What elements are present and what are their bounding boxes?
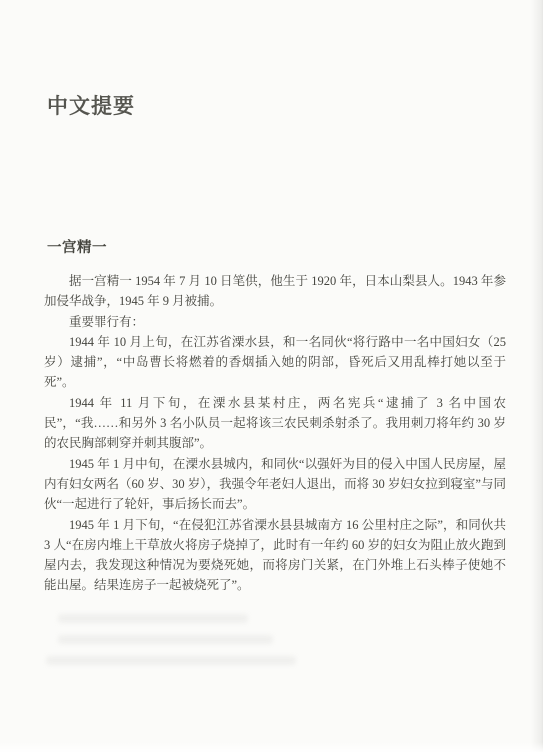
scan-edge-strip (0, 742, 543, 752)
abstract-body: 据一宫精一 1954 年 7 月 10 日笔供，他生于 1920 年，日本山梨县… (44, 271, 506, 596)
bleed-through-text-line (58, 614, 248, 623)
paragraph-crime-2: 1944 年 11 月下旬，在溧水县某村庄，两名宪兵“逮捕了 3 名中国农民”，… (44, 393, 506, 454)
bleed-through-text-line (46, 656, 296, 665)
paragraph-bio: 据一宫精一 1954 年 7 月 10 日笔供，他生于 1920 年，日本山梨县… (44, 271, 506, 312)
scan-edge-shadow (531, 0, 543, 752)
bleed-through-text-line (58, 635, 273, 644)
paragraph-crime-3: 1945 年 1 月中旬，在溧水县城内，和同伙“以强奸为目的侵入中国人民房屋，屋… (44, 454, 506, 515)
paragraph-crime-4: 1945 年 1 月下旬，“在侵犯江苏省溧水县县城南方 16 公里村庄之际”，和… (44, 515, 506, 596)
paragraph-crime-1: 1944 年 10 月上旬，在江苏省溧水县，和一名同伙“将行路中一名中国妇女（2… (44, 332, 506, 393)
page-title: 中文提要 (47, 90, 135, 120)
scanned-book-page: 中文提要 一宫精一 据一宫精一 1954 年 7 月 10 日笔供，他生于 19… (0, 0, 543, 752)
section-heading-person-name: 一宫精一 (47, 236, 107, 257)
paragraph-crimes-intro: 重要罪行有： (44, 312, 506, 332)
